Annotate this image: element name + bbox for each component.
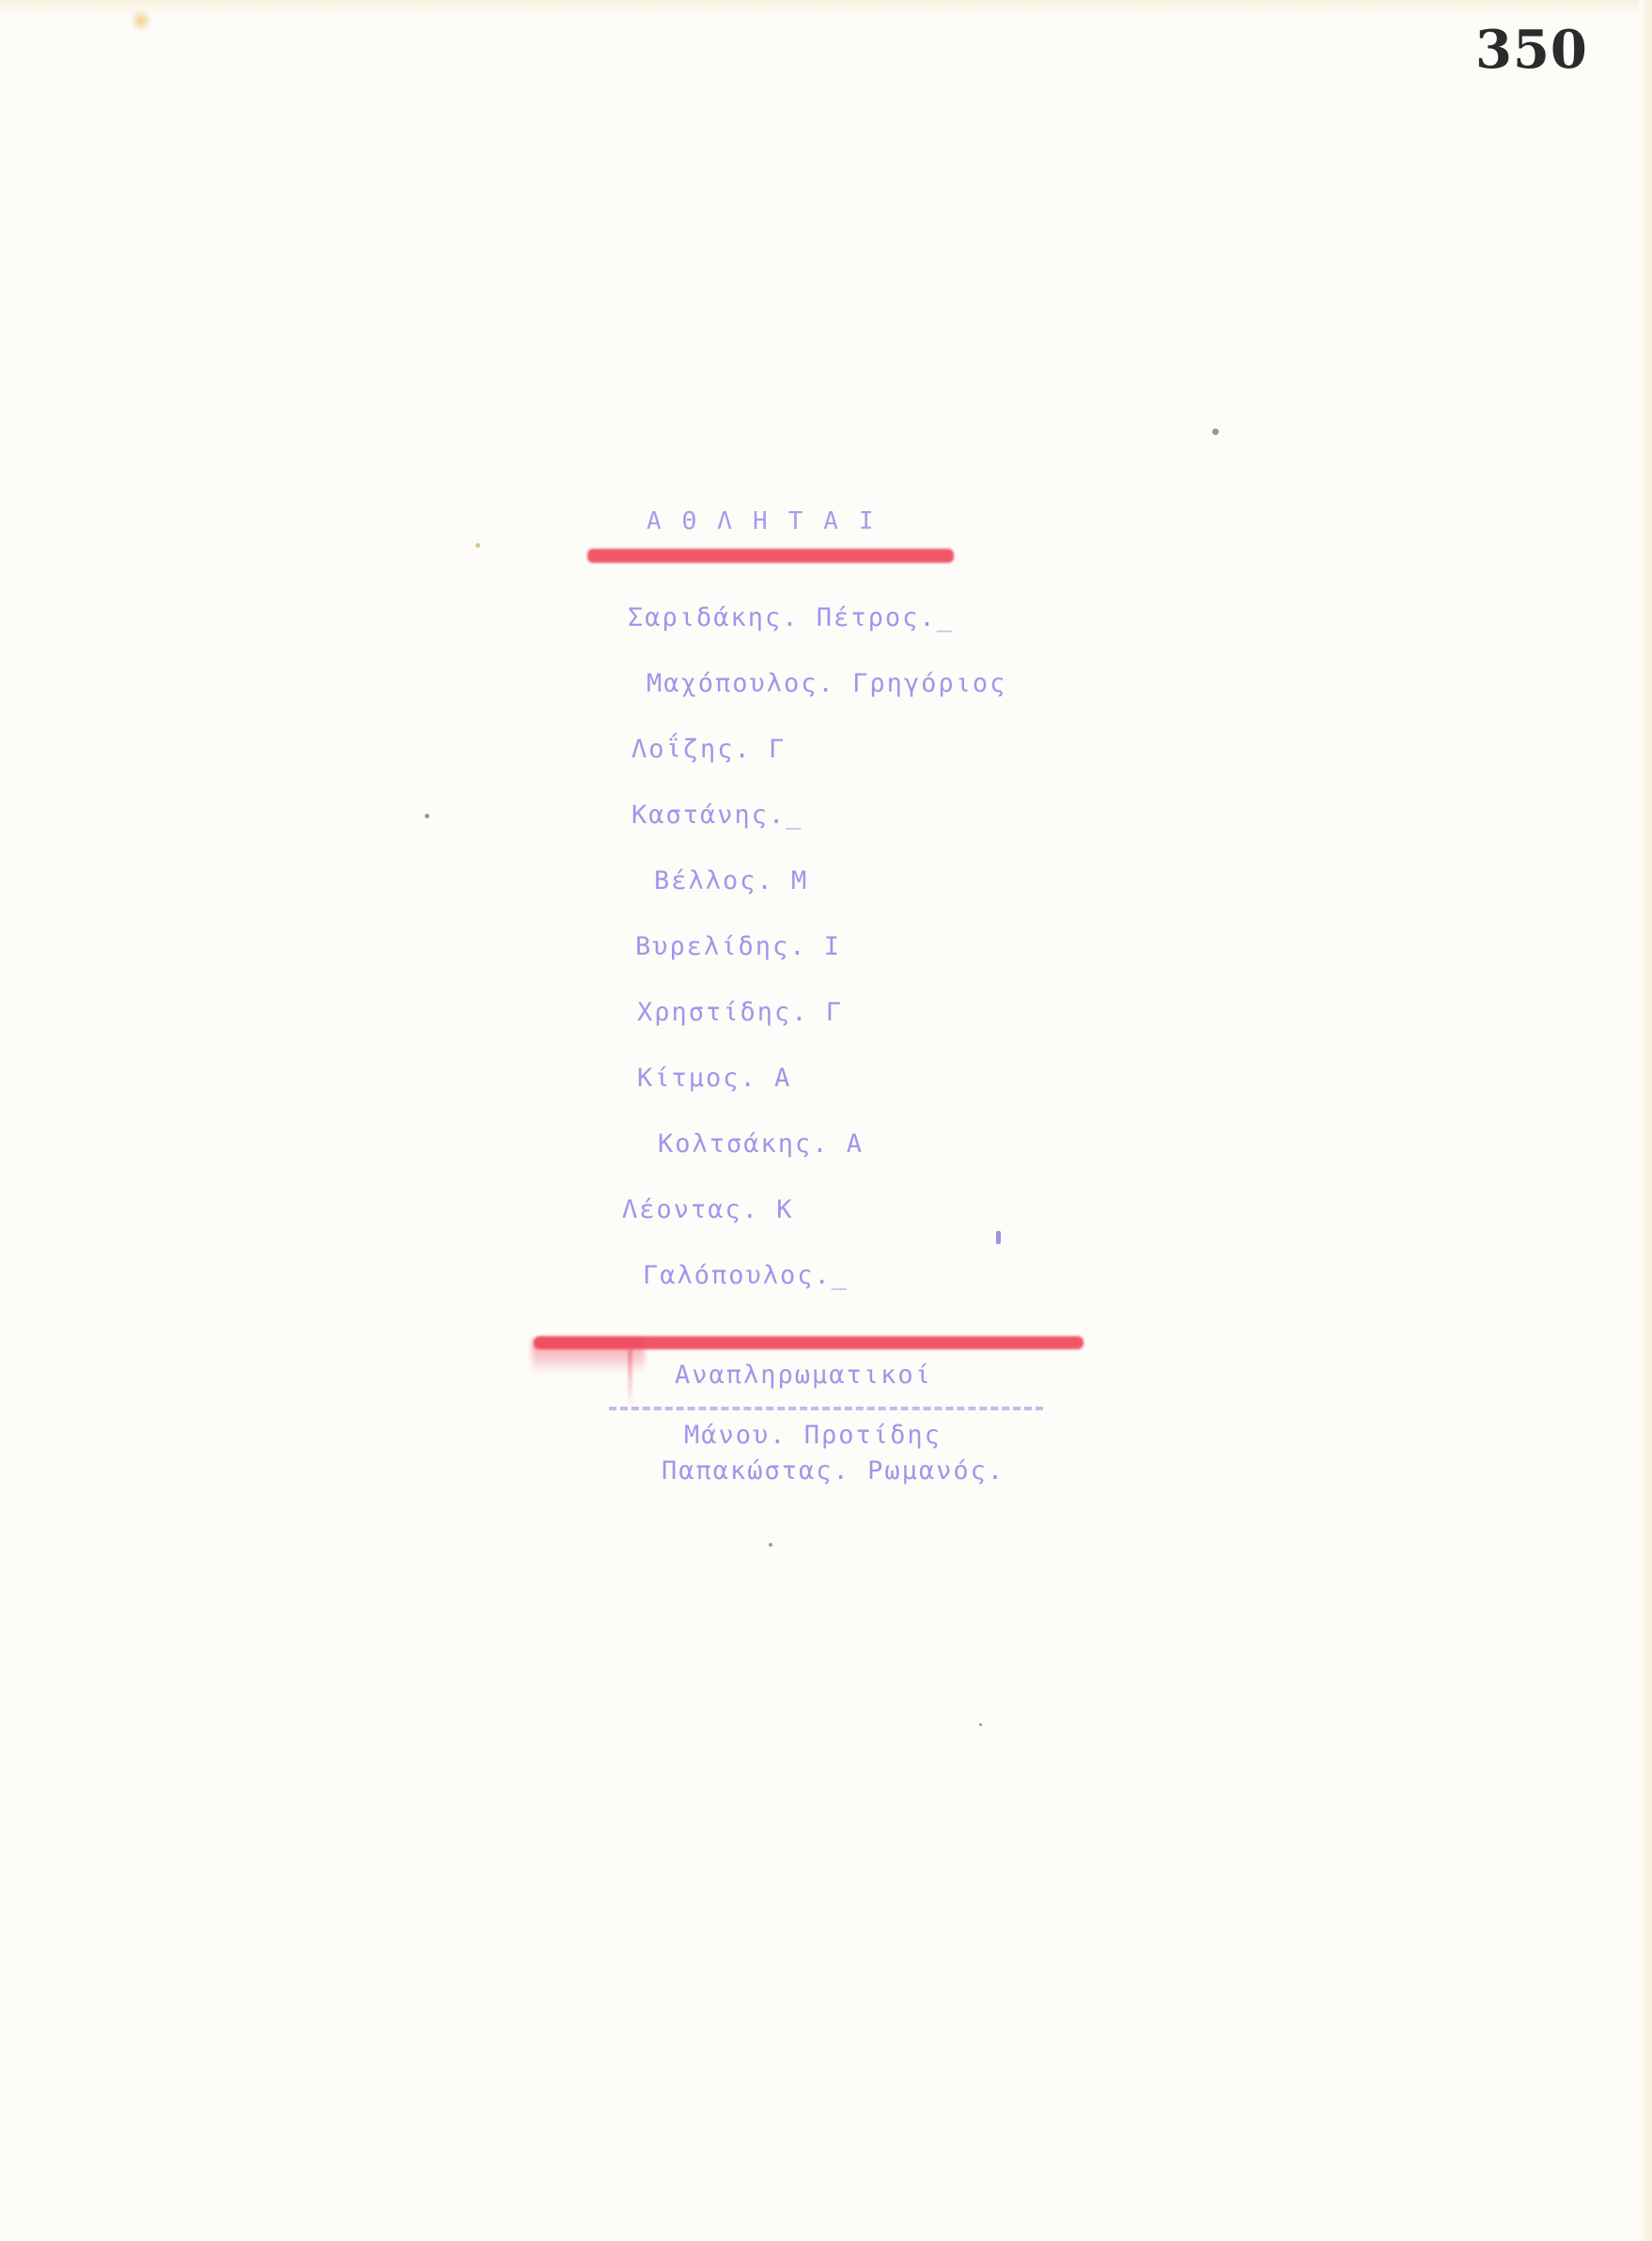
athlete-entry: Βέλλος. Μ	[654, 866, 808, 895]
red-underline-top	[587, 549, 954, 563]
athlete-entry: Λέοντας. Κ	[622, 1195, 794, 1224]
athletes-heading: ΑΘΛΗΤΑΙ	[647, 507, 895, 536]
ink-speck	[475, 543, 480, 548]
athlete-entry: Μαχόπουλος. Γρηγόριος	[647, 669, 1006, 698]
athlete-entry: Βυρελίδης. Ι	[635, 932, 841, 961]
paper-right-edge	[1639, 0, 1652, 2241]
red-pencil-drip	[628, 1349, 632, 1408]
athlete-entry: Χρηστίδης. Γ	[637, 998, 843, 1027]
ink-speck	[996, 1231, 1001, 1244]
athlete-entry: Κολτσάκης. Α	[658, 1129, 864, 1159]
ink-speck	[425, 814, 429, 818]
paper-stain	[130, 9, 152, 32]
athlete-entry: Λοΐζης. Γ	[631, 735, 786, 764]
athlete-entry: Κίτμος. Α	[637, 1064, 791, 1093]
athlete-entry: Γαλόπουλος._	[643, 1261, 849, 1290]
substitute-entry: Παπακώστας. Ρωμανός.	[662, 1456, 1005, 1486]
paper-top-edge	[0, 0, 1652, 17]
ink-speck	[1212, 428, 1219, 435]
substitutes-heading: Αναπληρωματικοί	[675, 1361, 932, 1390]
athlete-entry: Σαριδάκης. Πέτρος._	[628, 603, 954, 632]
substitute-entry: Μάνου. Προτίδης	[684, 1421, 942, 1450]
ink-speck	[769, 1543, 772, 1547]
athlete-entry: Καστάνης._	[631, 801, 803, 830]
page-number: 350	[1475, 19, 1588, 81]
dashed-separator	[609, 1407, 1043, 1410]
ink-speck	[979, 1723, 982, 1726]
